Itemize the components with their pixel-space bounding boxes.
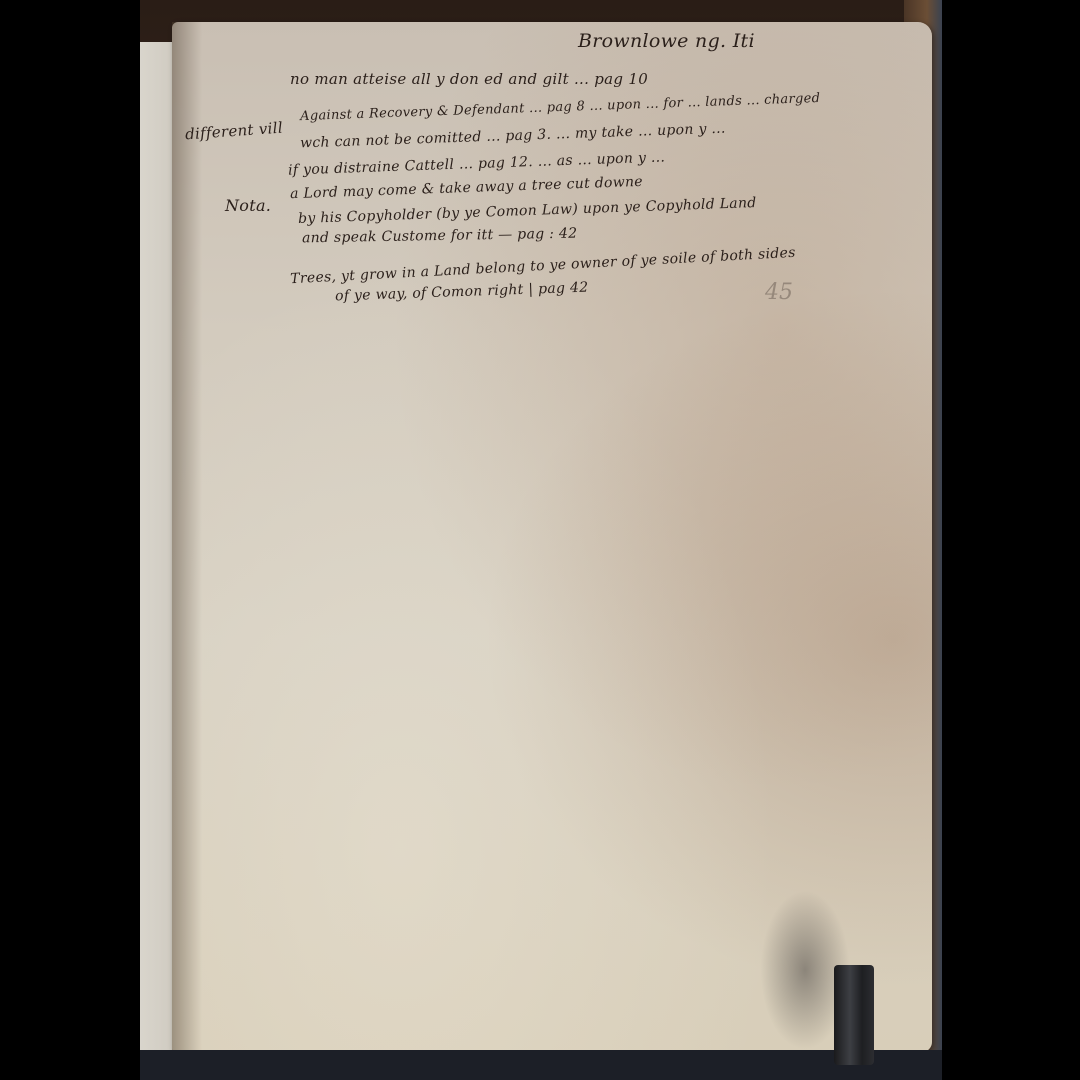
manuscript-line-1: no man atteise all y don ed and gilt ...… xyxy=(290,70,648,88)
header-name: Brownlowe ng. Iti xyxy=(578,30,755,52)
page-clip-weight xyxy=(834,965,874,1065)
pencil-folio-note: 45 xyxy=(765,280,793,305)
margin-note-nota: Nota. xyxy=(225,196,271,215)
manuscript-photo: Brownlowe ng. Iti no man atteise all y d… xyxy=(140,0,942,1080)
book-cradle-cloth xyxy=(140,1050,942,1080)
page-gutter-shadow xyxy=(172,22,202,1052)
